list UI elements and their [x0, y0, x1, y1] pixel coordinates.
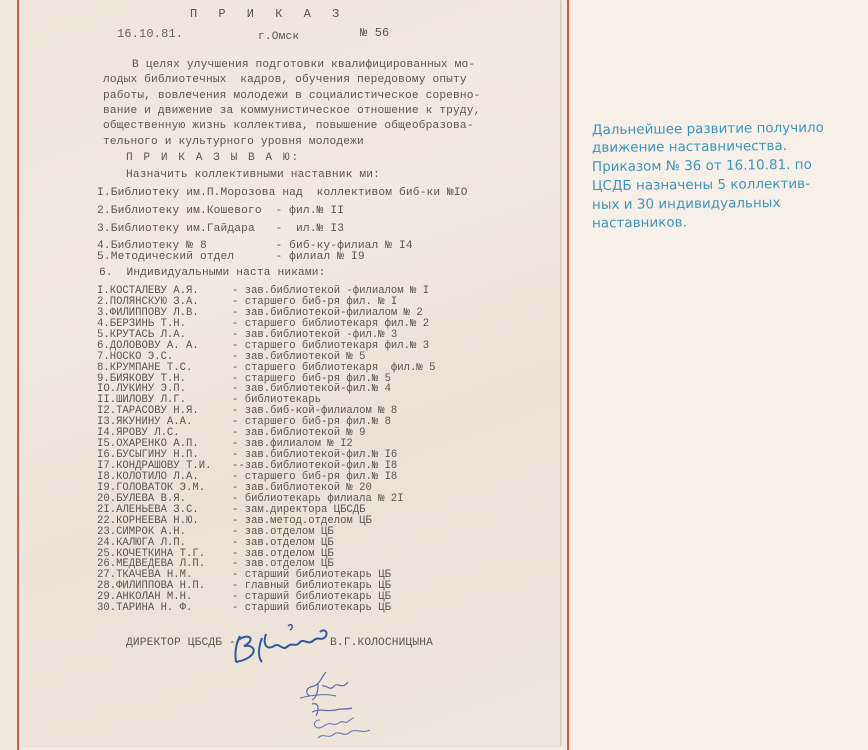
order-heading: П Р И К А З Ы В А Ю: — [126, 152, 300, 164]
document-date: 16.10.81. — [117, 28, 183, 40]
collective-item: 2.Библиотеку им.Кошевого - фил.№ II — [97, 205, 344, 217]
approval-signatures-icon — [296, 668, 396, 748]
mentor-role: - зав.отделом ЦБ — [232, 538, 334, 549]
annotation-page — [572, 0, 868, 750]
preamble-line: вание и движение за коммунистическое отн… — [103, 105, 481, 117]
collective-item: 5.Методический отдел - филиал № I9 — [97, 251, 365, 263]
preamble-line: работы, вовлечения молодежи в социалисти… — [103, 90, 481, 102]
mentor-role: - зав.библиотекой № 5 — [232, 352, 366, 363]
annotation-line: наставников. — [592, 214, 687, 233]
mentor-role: - старший библиотекарь ЦБ — [232, 603, 391, 614]
collective-heading: Назначить коллективными наставник ми: — [126, 169, 380, 181]
mentor-name: 8.КРУМПАНЕ Т.С. — [97, 363, 192, 374]
annotation-line: движение наставничества. — [592, 137, 787, 158]
mentor-role: - старшего библиотекаря фил.№ 5 — [232, 363, 435, 374]
annotation-line: Приказом № 36 от 16.10.81. по — [592, 156, 812, 177]
annotation-line: ЦСДБ назначены 5 коллектив- — [592, 175, 810, 196]
preamble-line: общественную жизнь коллектива, повышение… — [103, 120, 474, 132]
preamble-line: тельного и культурного уровня молодежи — [103, 136, 364, 148]
collective-item: I.Библиотеку им.П.Морозова над коллектив… — [97, 187, 468, 199]
annotation-line: ных и 30 индивидуальных — [592, 194, 781, 214]
document-title: П Р И К А З — [190, 8, 346, 20]
collective-item: 3.Библиотеку им.Гайдара - ил.№ I3 — [97, 223, 344, 235]
preamble-line: лодых библиотечных кадров, обучения пере… — [103, 74, 467, 86]
mentor-role: - зав.отделом ЦБ — [232, 527, 334, 538]
annotation-line: Дальнейшее развитие получило — [592, 119, 824, 140]
director-signature-icon — [228, 618, 340, 668]
director-label: ДИРЕКТОР ЦБСДБ - — [126, 637, 236, 649]
preamble-line: В целях улучшения подготовки квалифициро… — [132, 59, 475, 71]
individual-heading: 6. Индивидуальными наста никами: — [99, 267, 326, 279]
director-name: В.Г.КОЛОСНИЦЫНА — [330, 637, 433, 649]
mentor-name: 24.КАЛЮГА Л.П. — [97, 538, 186, 549]
right-red-margin-line — [567, 0, 569, 750]
document-city: г.Омск — [258, 31, 299, 43]
mentor-name: 7.НОСКО Э.С. — [97, 352, 173, 363]
mentor-name: 30.ТАРИНА Н. Ф. — [97, 603, 192, 614]
left-red-margin-line — [17, 0, 19, 750]
mentor-name: 23.СИМРОК А.Н. — [97, 527, 186, 538]
document-number: № 56 — [360, 27, 389, 39]
